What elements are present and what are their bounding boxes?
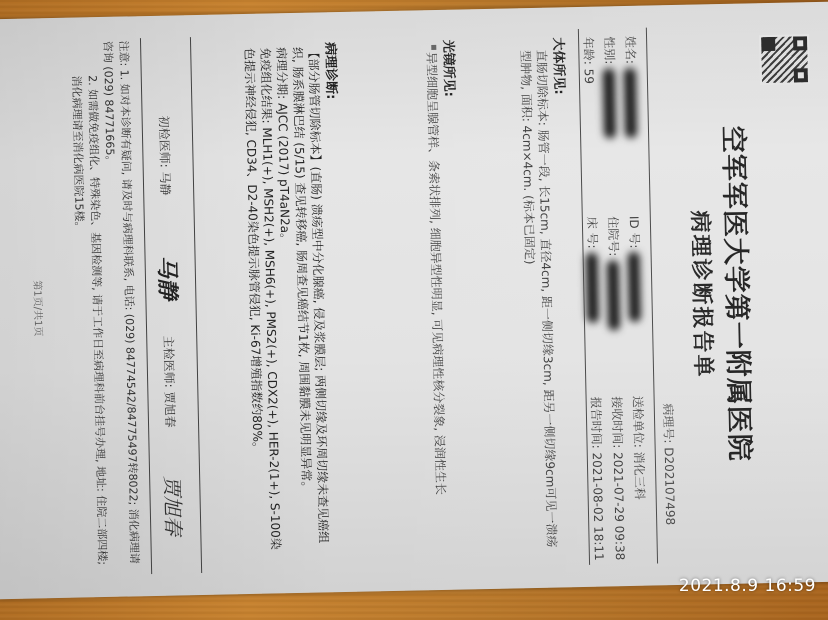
chief-doctor-signature: 贾旭春 (159, 475, 189, 536)
pathology-number-label: 病理号: (661, 403, 676, 443)
initial-doctor: 初检医师: 马静 (156, 116, 175, 196)
initial-doctor-signature: 马静 (153, 255, 185, 300)
field-bed: 床 号: (584, 217, 605, 397)
redacted-bed (586, 252, 599, 322)
diagnosis-divider (190, 37, 202, 573)
gross-text: 直肠切除标本: 肠管一段, 长15cm, 直径4cm, 距一侧切缘3cm, 距另… (517, 50, 560, 555)
field-inpatient: 住院号: (605, 216, 626, 396)
field-name: 姓名: (622, 36, 643, 216)
diagnosis-body: 【部分肠管切除标本】(直肠) 溃疡型中分化腺癌, 侵及浆膜层; 两侧切缘及环周切… (241, 46, 332, 560)
redacted-id (628, 252, 641, 322)
field-received: 接收时间: 2021-07-29 09:38 (609, 396, 629, 560)
notes: 注意: 1. 如对本诊断有疑问, 请及时与病理科联系, 电话: (029) 84… (67, 40, 142, 573)
qr-code-icon (759, 34, 810, 85)
redacted-inpatient (607, 260, 620, 330)
chief-doctor: 主检医师: 贾旭春 (160, 335, 179, 427)
field-sex: 性别: (601, 36, 622, 216)
footer-divider (140, 38, 152, 574)
pathology-number: 病理号: D202107498 (660, 403, 680, 525)
bullet-dot: ▪ (428, 44, 439, 51)
redacted-name (624, 68, 637, 138)
microscopic-text: 异型细胞呈腺管样、条索状排列, 细胞异型性明显, 可见病理性核分裂象, 浸润性生… (423, 52, 450, 556)
signature-row: 初检医师: 马静 马静 主检医师: 贾旭春 贾旭春 (171, 56, 181, 556)
page-number: 第1页/共1页 (26, 18, 53, 598)
field-dept: 送检单位: 消化三科 (630, 396, 650, 560)
field-report-time: 报告时间: 2021-08-02 18:11 (588, 397, 608, 561)
microscopic-heading: 光镜所见: (440, 39, 460, 97)
photo-timestamp: 2021.8.9 16:59 (679, 576, 816, 596)
redacted-sex (603, 68, 616, 138)
field-age: 年龄: 59 (580, 37, 601, 217)
pathology-number-value: D202107498 (662, 447, 678, 525)
pathology-report-sheet: 空军军医大学第一附属医院 病理诊断报告单 病理号: D202107498 姓名:… (0, 2, 828, 600)
patient-info-grid: 姓名: ID 号: 送检单位: 消化三科 性别: 住院号: 接收时间: 2021… (580, 36, 650, 557)
gross-heading: 大体所见: (550, 37, 570, 95)
diagnosis-heading: 病理诊断: (322, 42, 342, 100)
field-id: ID 号: (626, 216, 647, 396)
